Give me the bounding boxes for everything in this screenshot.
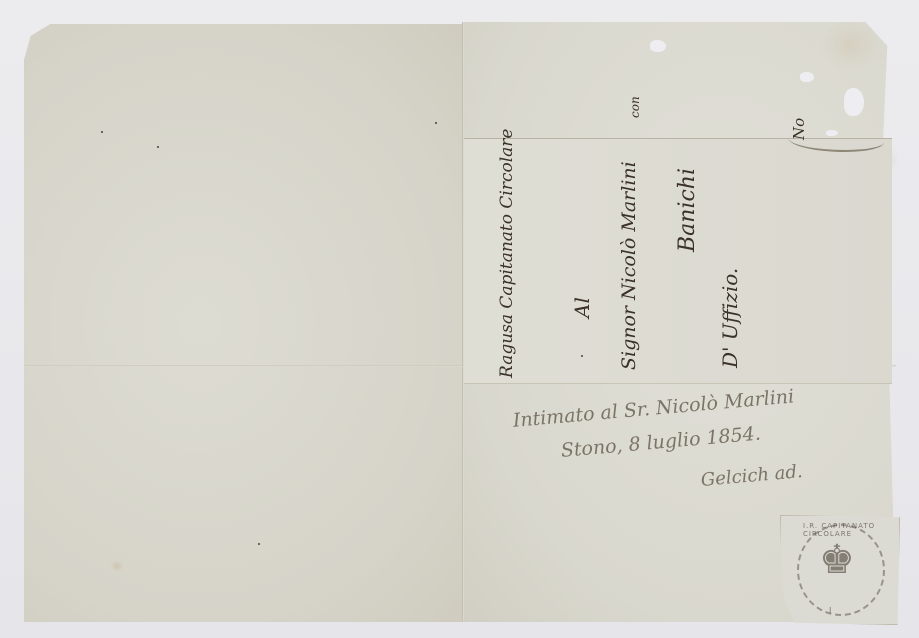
top-mark-right: No — [790, 118, 808, 140]
ink-speck — [258, 543, 260, 545]
letter-left-panel — [24, 24, 464, 622]
address-line-3: Signor Nicolò Marlini — [618, 161, 640, 370]
double-headed-eagle-icon: ♚ — [819, 540, 855, 580]
ink-speck — [435, 122, 437, 124]
address-line-2: Al — [570, 297, 594, 318]
address-line-4: Banichi — [675, 168, 700, 252]
stain — [820, 20, 880, 70]
stain — [110, 560, 124, 572]
top-mark-left: con — [628, 96, 642, 118]
paper-hole — [800, 72, 814, 82]
paper-hole — [844, 88, 864, 116]
official-seal: I.R. CAPITANATO CIRCOLARE ♚ I — [780, 515, 900, 625]
seal-inscription: I.R. CAPITANATO CIRCOLARE — [803, 522, 899, 538]
paper-hole — [650, 40, 666, 52]
seal-numeral: I — [829, 606, 831, 615]
address-line-1: Ragusa Capitanato Circolare — [497, 129, 517, 379]
ink-speck — [101, 131, 103, 133]
ink-speck — [581, 355, 583, 357]
ink-speck — [157, 146, 159, 148]
address-line-5: D' Uffizio. — [718, 268, 742, 368]
paper-hole — [826, 130, 838, 136]
